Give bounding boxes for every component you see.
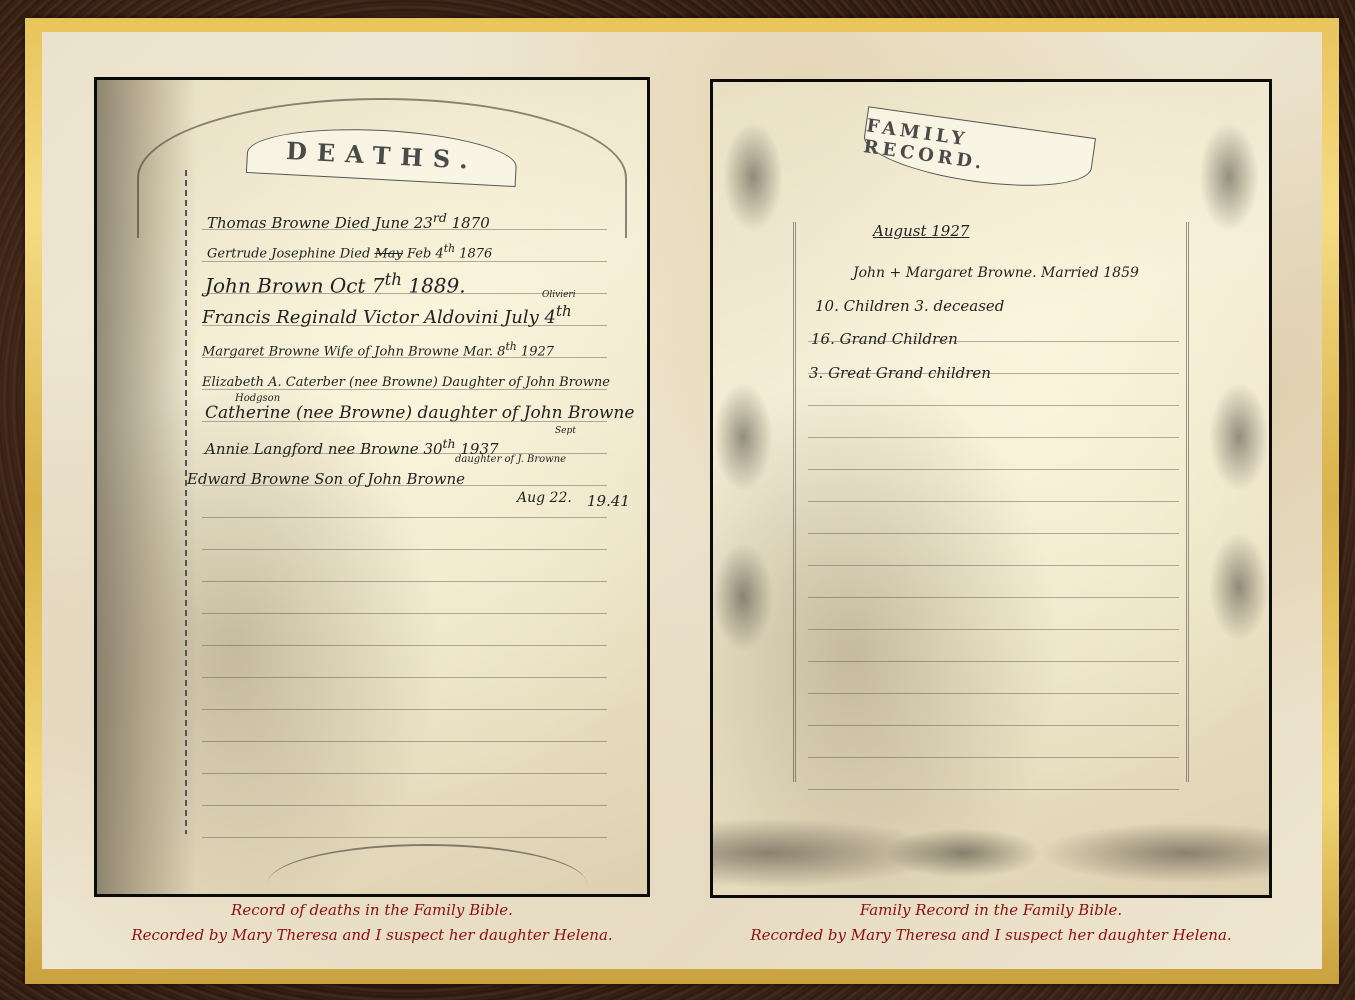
couple-vignette [1199,122,1259,232]
death-entry-7: Hodgson Catherine (nee Browne) daughter … [205,403,634,423]
family-record-page-photo: FAMILY RECORD. August 1927 John + Margar… [710,79,1272,898]
grandchildren-entry: 16. Grand Children [811,330,958,348]
family-record-caption-line-2: Recorded by Mary Theresa and I suspect h… [710,923,1272,948]
deaths-caption-line-1: Record of deaths in the Family Bible. [94,898,650,923]
death-entry-2: Gertrude Josephine Died May Feb 4th 1876 [207,242,492,261]
death-entry-8: Annie Langford nee Browne 30th 1937 Sept… [205,436,499,458]
record-date: August 1927 [873,222,969,240]
traveler-vignette [713,542,773,652]
death-entry-3: John Brown Oct 7th 1889. [205,270,466,298]
fern-ornament [267,844,587,894]
great-grandchildren-entry: 3. Great Grand children [809,364,991,382]
death-entry-9: Edward Browne Son of John Browne Aug 22.… [187,470,465,488]
deaths-page-photo: DEATHS. Thomas Browne Died June 23rd 187… [94,77,650,897]
deaths-caption-line-2: Recorded by Mary Theresa and I suspect h… [94,923,650,948]
deaths-heading: DEATHS. [285,136,478,175]
family-ruled-lines [808,310,1179,790]
family-record-caption: Family Record in the Family Bible. Recor… [710,898,1272,948]
praying-figure-vignette [713,382,773,492]
family-record-caption-line-1: Family Record in the Family Bible. [710,898,1272,923]
deaths-caption: Record of deaths in the Family Bible. Re… [94,898,650,948]
death-entry-4: Francis Reginald Victor Aldovini July 4t… [202,302,572,328]
woman-reading-vignette [1209,382,1269,492]
running-man-vignette [1209,532,1269,642]
family-record-banner: FAMILY RECORD. [860,106,1096,197]
mother-cradle-vignette [723,122,783,232]
marriage-entry: John + Margaret Browne. Married 1859 [853,265,1139,281]
death-entry-1: Thomas Browne Died June 23rd 1870 [207,210,490,232]
family-record-heading: FAMILY RECORD. [862,115,1094,188]
death-entry-5: Margaret Browne Wife of John Browne Mar.… [202,340,554,359]
death-entry-6: Elizabeth A. Caterber (nee Browne) Daugh… [202,375,610,390]
children-entry: 10. Children 3. deceased [815,297,1004,315]
